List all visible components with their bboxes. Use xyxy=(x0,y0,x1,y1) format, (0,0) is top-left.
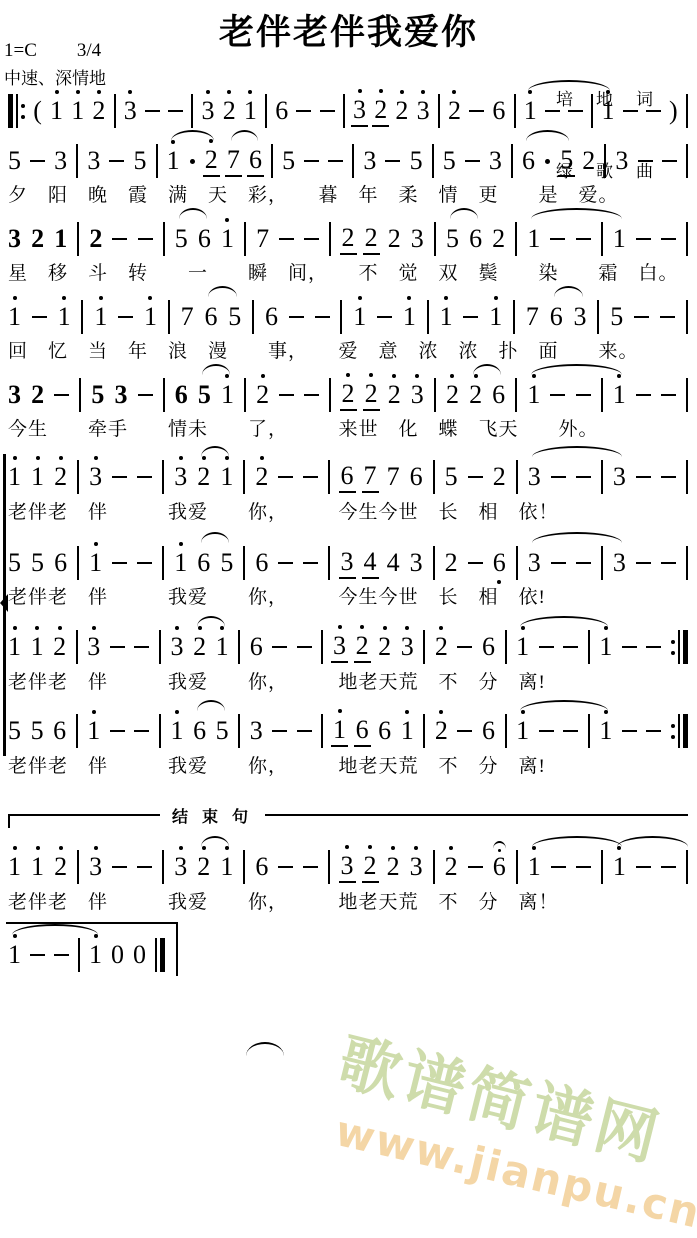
notation-token: 1 xyxy=(219,370,236,418)
slur-arc xyxy=(554,286,583,297)
notation-token: 6 xyxy=(548,292,565,340)
notation-token: 3 xyxy=(611,538,628,586)
notation-token: 1 xyxy=(6,452,23,500)
notation-token: 6 xyxy=(480,622,497,670)
notation-token: 3 xyxy=(169,622,186,670)
notation-token xyxy=(132,622,151,670)
notation-token xyxy=(302,136,321,184)
slur-arc xyxy=(450,208,478,219)
notation-token: 1 xyxy=(219,214,236,262)
notation-token: 1 xyxy=(399,706,416,754)
notation-token: 1 xyxy=(599,86,616,134)
notation-token: 1 xyxy=(514,622,531,670)
notation-token: 6 xyxy=(480,706,497,754)
notation-token: 3 xyxy=(248,706,265,754)
notation-token xyxy=(561,622,580,670)
notation-token xyxy=(644,622,663,670)
notation-token: 6 xyxy=(520,136,537,184)
notation-token xyxy=(136,370,155,418)
notation-token: 3 xyxy=(200,86,217,134)
notation-token xyxy=(350,136,356,184)
notation-token xyxy=(548,214,567,262)
notation-token: 1 xyxy=(29,842,46,890)
notation-token xyxy=(338,292,344,340)
notation-token: 4 xyxy=(362,538,379,586)
notation-token xyxy=(463,136,482,184)
notation-token xyxy=(455,622,474,670)
notation-token xyxy=(684,214,690,262)
slur-arc xyxy=(202,364,230,375)
notation-token: 5 xyxy=(443,452,460,500)
notation-line: 5561165316612611 xyxy=(6,706,690,754)
notation-line: 1111765611117635 xyxy=(6,292,690,340)
notation-line: 32536512222322611 xyxy=(6,370,690,418)
ending-bracket xyxy=(6,922,178,976)
notation-token xyxy=(461,292,480,340)
notation-token xyxy=(466,842,485,890)
notation-token: 2 xyxy=(340,214,357,262)
notation-token xyxy=(659,452,678,500)
notation-token: 1 xyxy=(526,842,543,890)
notation-token: 1 xyxy=(611,842,628,890)
key-signature: 1=C xyxy=(4,40,37,61)
notation-token xyxy=(514,538,520,586)
lyric-line: 老伴老 伴 我爱 你， 地老天荒 不 分 离！ xyxy=(8,887,559,914)
notation-token xyxy=(112,86,118,134)
notation-token xyxy=(52,370,71,418)
notation-token: 6 xyxy=(196,214,213,262)
notation-token: 6 xyxy=(191,706,208,754)
notation-token: 1 xyxy=(92,292,109,340)
notation-token: 2 xyxy=(52,842,69,890)
notation-token: 1 xyxy=(525,214,542,262)
notation-token: 2 xyxy=(376,622,393,670)
notation-token: 6 xyxy=(467,214,484,262)
notation-line: 53351276535536523 xyxy=(6,136,690,184)
notation-token: 1 xyxy=(169,706,186,754)
notation-token: 3 xyxy=(112,370,129,418)
notation-token: 1 xyxy=(6,842,23,890)
notation-token xyxy=(166,86,185,134)
notation-token: 3 xyxy=(409,370,426,418)
notation-token xyxy=(659,538,678,586)
notation-token xyxy=(108,706,127,754)
notation-token xyxy=(589,86,595,134)
notation-token xyxy=(74,706,80,754)
notation-token xyxy=(602,136,608,184)
notation-token xyxy=(75,842,81,890)
notation-token xyxy=(684,370,690,418)
notation-token: 2 xyxy=(362,842,379,890)
notation-token: 1 xyxy=(69,86,86,134)
notation-token: 2 xyxy=(433,622,450,670)
notation-token xyxy=(543,86,562,134)
notation-token: 3 xyxy=(172,842,189,890)
notation-token xyxy=(75,214,81,262)
notation-token xyxy=(660,136,679,184)
notation-token xyxy=(669,622,690,670)
notation-line: 1123321632232611 xyxy=(6,622,690,670)
notation-token xyxy=(276,452,295,500)
notation-token xyxy=(301,452,320,500)
notation-token xyxy=(644,706,663,754)
notation-token: 5 xyxy=(608,292,625,340)
notation-token xyxy=(566,86,585,134)
notation-token: 3 xyxy=(339,538,356,586)
notation-token xyxy=(161,214,167,262)
notation-token xyxy=(107,136,126,184)
notation-token: 1 xyxy=(214,622,231,670)
notation-token xyxy=(136,214,155,262)
notation-token: 6 xyxy=(408,452,425,500)
notation-token xyxy=(79,292,85,340)
notation-token: 5 xyxy=(558,136,575,184)
notation-token xyxy=(166,292,172,340)
notation-token: 6 xyxy=(248,622,265,670)
notation-token xyxy=(621,86,640,134)
notation-token: 5 xyxy=(6,706,23,754)
notation-token: 5 xyxy=(6,538,23,586)
notation-token xyxy=(160,842,166,890)
notation-token: 1 xyxy=(172,538,189,586)
notation-token xyxy=(599,538,605,586)
notation-token: 6 xyxy=(339,452,356,500)
notation-token: 6 xyxy=(195,538,212,586)
ending-section-label: 结 束 句 xyxy=(160,804,265,827)
notation-token: 2 xyxy=(385,842,402,890)
notation-token: 2 xyxy=(393,86,410,134)
notation-token xyxy=(132,706,151,754)
notation-token xyxy=(242,370,248,418)
notation-token: 3 xyxy=(172,452,189,500)
notation-token: 2 xyxy=(446,86,463,134)
notation-token: 1 xyxy=(142,292,159,340)
notation-token: 1 xyxy=(597,622,614,670)
notation-token: 3 xyxy=(85,622,102,670)
notation-token: 6 xyxy=(253,538,270,586)
notation-token xyxy=(75,452,81,500)
notation-token: 2 xyxy=(191,622,208,670)
notation-token: 1 xyxy=(218,452,235,500)
notation-token xyxy=(241,452,247,500)
slur-arc xyxy=(617,836,688,847)
notation-token xyxy=(548,370,567,418)
notation-token xyxy=(270,706,289,754)
notation-token xyxy=(157,706,163,754)
notation-token: 6 xyxy=(52,538,69,586)
lyric-line: 老伴老 伴 我爱 你， 今生今世 长 相 依！ xyxy=(8,497,559,524)
notation-token: 5 xyxy=(218,538,235,586)
notation-token xyxy=(189,86,195,134)
notation-token: 2 xyxy=(443,538,460,586)
divider-left-line xyxy=(8,814,160,828)
notation-token xyxy=(326,538,332,586)
notation-token: 1 xyxy=(611,214,628,262)
notation-token xyxy=(634,842,653,890)
notation-token: 2 xyxy=(363,214,380,262)
notation-token xyxy=(30,292,49,340)
notation-token: 2 xyxy=(87,214,104,262)
slur-arc xyxy=(531,364,622,375)
notation-line: 1123321632232611 xyxy=(6,842,690,890)
notation-token xyxy=(326,842,332,890)
notation-token: 5 xyxy=(444,214,461,262)
notation-token xyxy=(432,370,438,418)
notation-token xyxy=(319,622,325,670)
notation-token xyxy=(276,538,295,586)
notation-token: 1 xyxy=(29,452,46,500)
notation-token xyxy=(634,214,653,262)
notation-token: 3 xyxy=(6,370,23,418)
notation-token xyxy=(295,706,314,754)
notation-token: 1 xyxy=(56,292,73,340)
notation-token: 6 xyxy=(491,842,508,890)
lyric-line: 回 忆 当 年 浪 漫 事， 爱 意 浓 浓 扑 面 来。 xyxy=(8,336,639,363)
notation-token: 7 xyxy=(362,452,379,500)
notation-token: 1 xyxy=(351,292,368,340)
notation-token: 3 xyxy=(361,136,378,184)
notation-token xyxy=(143,86,162,134)
notation-token: 2 xyxy=(203,136,220,184)
notation-token: 3 xyxy=(52,136,69,184)
notation-token: 2 xyxy=(363,370,380,418)
notation-token: 6 xyxy=(354,706,371,754)
notation-token xyxy=(684,136,690,184)
notation-token: 5 xyxy=(6,136,23,184)
slur-arc xyxy=(520,616,608,627)
notation-token: 5 xyxy=(131,136,148,184)
notation-token: 2 xyxy=(195,842,212,890)
notation-token: 7 xyxy=(225,136,242,184)
notation-token xyxy=(301,842,320,890)
notation-token xyxy=(574,214,593,262)
notation-token xyxy=(658,292,677,340)
notation-token xyxy=(513,370,519,418)
notation-token: 6 xyxy=(247,136,264,184)
notation-token: 3 xyxy=(85,136,102,184)
notation-token xyxy=(277,214,296,262)
notation-token xyxy=(236,706,242,754)
slur-arc xyxy=(532,532,622,543)
notation-token: 3 xyxy=(415,86,432,134)
notation-token xyxy=(135,452,154,500)
notation-token xyxy=(574,452,593,500)
notation-token xyxy=(287,292,306,340)
notation-token: 5 xyxy=(214,706,231,754)
notation-token: 6 xyxy=(376,706,393,754)
divider-right-line xyxy=(265,814,688,818)
notation-token: 1 xyxy=(522,86,539,134)
notation-token: 7 xyxy=(385,452,402,500)
slur-arc xyxy=(520,700,608,711)
notation-token xyxy=(431,842,437,890)
notation-token xyxy=(242,214,248,262)
notation-token: 3 xyxy=(122,86,139,134)
notation-token xyxy=(135,538,154,586)
notation-token xyxy=(659,214,678,262)
notation-token xyxy=(549,842,568,890)
notation-token: 3 xyxy=(526,538,543,586)
notation-token: 2 xyxy=(580,136,597,184)
lyric-line: 老伴老 伴 我爱 你， 今生今世 长 相 依! xyxy=(8,582,546,609)
notation-token xyxy=(110,214,129,262)
slur-arc xyxy=(197,616,225,627)
notation-token xyxy=(154,136,160,184)
notation-token: 7 xyxy=(179,292,196,340)
slur-arc xyxy=(201,446,229,457)
notation-token: 3 xyxy=(87,452,104,500)
notation-token xyxy=(326,136,345,184)
notation-token xyxy=(514,452,520,500)
notation-token: 2 xyxy=(354,622,371,670)
notation-token: 3 xyxy=(6,214,23,262)
notation-token xyxy=(684,452,690,500)
notation-token xyxy=(561,706,580,754)
notation-token: 1 xyxy=(331,706,348,754)
notation-token: 2 xyxy=(51,622,68,670)
notation-token xyxy=(537,622,556,670)
notation-token xyxy=(187,136,198,184)
notation-token: 2 xyxy=(254,370,271,418)
notation-token: 5 xyxy=(226,292,243,340)
notation-token: 6 xyxy=(490,370,507,418)
notation-token: 3 xyxy=(409,214,426,262)
notation-token xyxy=(318,86,337,134)
notation-token xyxy=(276,842,295,890)
notation-token xyxy=(586,622,592,670)
notation-token: 6 xyxy=(173,370,190,418)
slur-arc xyxy=(473,364,501,375)
notation-token xyxy=(74,136,80,184)
notation-token xyxy=(466,538,485,586)
notation-token xyxy=(110,452,129,500)
sheet-music-page: 老伴老伴我爱你 1=C3/4 中速、深情地 培 地 词 绿 歌 曲 (11233… xyxy=(0,0,697,1238)
notation-token: 1 xyxy=(401,292,418,340)
notation-token xyxy=(250,292,256,340)
notation-token: 1 xyxy=(525,370,542,418)
notation-line: 1123321267765233 xyxy=(6,452,690,500)
notation-token: 5 xyxy=(29,706,46,754)
notation-token xyxy=(503,622,509,670)
notation-token xyxy=(110,842,129,890)
notation-token xyxy=(467,86,486,134)
lyric-line: 老伴老 伴 我爱 你， 地老天荒 不 分 离! xyxy=(8,667,546,694)
notation-token: 2 xyxy=(221,86,238,134)
notation-token xyxy=(6,86,27,134)
notation-token xyxy=(160,452,166,500)
notation-token xyxy=(595,292,601,340)
notation-token xyxy=(241,538,247,586)
system-brace-tip xyxy=(0,594,8,612)
notation-token xyxy=(669,706,690,754)
notation-token: 3 xyxy=(613,136,630,184)
notation-token: 6 xyxy=(491,538,508,586)
notation-token: 1 xyxy=(6,622,23,670)
notation-token xyxy=(326,452,332,500)
notation-token: 2 xyxy=(386,370,403,418)
notation-token xyxy=(135,842,154,890)
notation-token: 3 xyxy=(526,452,543,500)
notation-token: 2 xyxy=(253,452,270,500)
notation-token xyxy=(620,622,639,670)
notation-token xyxy=(74,622,80,670)
notation-token xyxy=(28,136,47,184)
notation-token xyxy=(313,292,332,340)
notation-token xyxy=(430,136,436,184)
notation-token xyxy=(599,370,605,418)
notation-token: 6 xyxy=(263,292,280,340)
notation-token xyxy=(599,214,605,262)
notation-token: 7 xyxy=(524,292,541,340)
notation-token: 2 xyxy=(195,452,212,500)
notation-token xyxy=(512,86,518,134)
lyric-line: 星 移 斗 转 一 瞬 间， 不 觉 双 鬓 染 霜 白。 xyxy=(8,258,679,285)
notation-token: 3 xyxy=(611,452,628,500)
notation-token xyxy=(431,452,437,500)
notation-token: 2 xyxy=(372,86,389,134)
notation-token xyxy=(295,622,314,670)
notation-token xyxy=(599,842,605,890)
notation-token: 1 xyxy=(487,292,504,340)
notation-token xyxy=(599,452,605,500)
notation-token: 3 xyxy=(351,86,368,134)
notation-token xyxy=(514,842,520,890)
notation-token xyxy=(277,370,296,418)
notation-token xyxy=(684,292,690,340)
notation-token: 7 xyxy=(254,214,271,262)
notation-token xyxy=(503,706,509,754)
notation-token xyxy=(455,706,474,754)
notation-token: 1 xyxy=(165,136,182,184)
notation-token xyxy=(301,538,320,586)
notation-token: 1 xyxy=(514,706,531,754)
notation-token xyxy=(636,136,655,184)
notation-token xyxy=(659,370,678,418)
notation-token xyxy=(586,706,592,754)
notation-token: 2 xyxy=(444,370,461,418)
notation-token xyxy=(634,370,653,418)
notation-token xyxy=(327,214,333,262)
notation-token: 5 xyxy=(280,136,297,184)
notation-token xyxy=(116,292,135,340)
time-signature: 3/4 xyxy=(77,40,101,61)
notation-token xyxy=(270,622,289,670)
notation-token xyxy=(294,86,313,134)
slur-arc xyxy=(179,208,207,219)
notation-token: 2 xyxy=(443,842,460,890)
notation-token: 5 xyxy=(89,370,106,418)
notation-token xyxy=(466,452,485,500)
key-time-signature: 1=C3/4 xyxy=(4,40,101,62)
lyric-line: 夕 阳 晚 霞 满 天 彩， 暮 年 柔 情 更 是 爱。 xyxy=(8,180,619,207)
notation-token xyxy=(549,538,568,586)
notation-token xyxy=(634,452,653,500)
notation-token: 3 xyxy=(339,842,356,890)
notation-token xyxy=(549,452,568,500)
notation-token xyxy=(684,842,690,890)
notation-token: 5 xyxy=(408,136,425,184)
notation-token xyxy=(327,370,333,418)
notation-token xyxy=(108,622,127,670)
notation-token: 2 xyxy=(340,370,357,418)
notation-token xyxy=(659,842,678,890)
notation-token: 3 xyxy=(572,292,589,340)
notation-token xyxy=(302,370,321,418)
notation-token: 2 xyxy=(29,370,46,418)
notation-token xyxy=(75,538,81,586)
slur-arc xyxy=(532,446,622,457)
notation-token: 5 xyxy=(29,538,46,586)
